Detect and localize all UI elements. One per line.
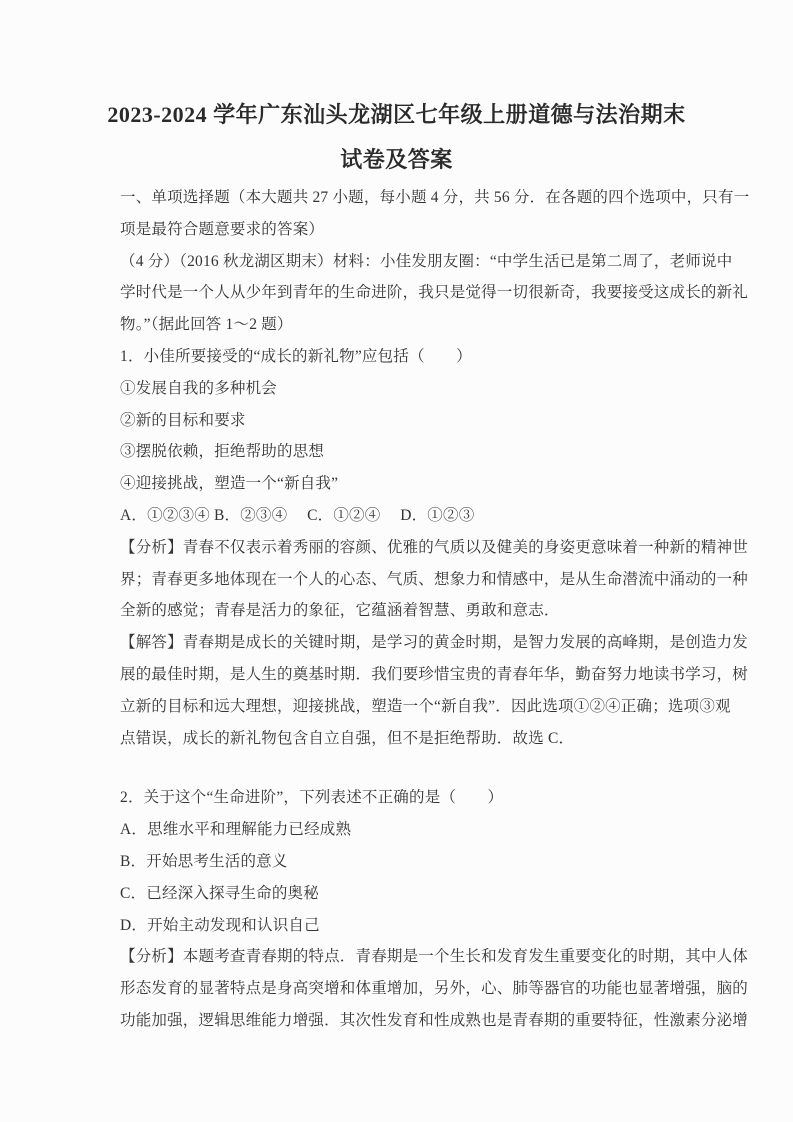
question2-option: B．开始思考生活的意义 xyxy=(120,846,680,878)
paragraph-gap xyxy=(120,754,680,782)
question1-options-line: A．①②③④ B．②③④ C．①②④ D．①②③ xyxy=(120,500,680,532)
question1-analysis-line: 全新的感觉；青春是活力的象征，它蕴涵着智慧、勇敢和意志． xyxy=(120,595,680,627)
question1-list-item: ④迎接挑战，塑造一个“新自我” xyxy=(120,468,680,500)
question2-option: C．已经深入探寻生命的奥秘 xyxy=(120,878,680,910)
material-line: 学时代是一个人从少年到青年的生命进阶，我只是觉得一切很新奇，我要接受这成长的新礼 xyxy=(120,277,680,309)
document-page: 2023-2024 学年广东汕头龙湖区七年级上册道德与法治期末 试卷及答案 一、… xyxy=(0,0,793,1122)
document-title: 2023-2024 学年广东汕头龙湖区七年级上册道德与法治期末 试卷及答案 xyxy=(0,0,793,182)
section-header-line: 一、单项选择题（本大题共 27 小题，每小题 4 分，共 56 分．在各题的四个… xyxy=(120,182,680,214)
question1-analysis-line: 界；青春更多地体现在一个人的心态、气质、想象力和情感中，是从生命潜流中涌动的一种 xyxy=(120,564,680,596)
section-header-line: 项是最符合题意要求的答案） xyxy=(120,214,680,246)
question1-answer-line: 展的最佳时期，是人生的奠基时期．我们要珍惜宝贵的青春年华，勤奋努力地读书学习，树 xyxy=(120,659,680,691)
material-line: （4 分）（2016 秋龙湖区期末）材料：小佳发朋友圈：“中学生活已是第二周了，… xyxy=(120,246,680,278)
question1-analysis-line: 【分析】青春不仅表示着秀丽的容颜、优雅的气质以及健美的身姿更意味着一种新的精神世 xyxy=(120,532,680,564)
question2-option: D．开始主动发现和认识自己 xyxy=(120,910,680,942)
question2-stem: 2．关于这个“生命进阶”，下列表述不正确的是（ ） xyxy=(120,782,680,814)
title-line-1: 2023-2024 学年广东汕头龙湖区七年级上册道德与法治期末 xyxy=(0,92,793,137)
question2-analysis-line: 【分析】本题考查青春期的特点．青春期是一个生长和发育发生重要变化的时期，其中人体 xyxy=(120,941,680,973)
question1-answer-line: 点错误，成长的新礼物包含自立自强，但不是拒绝帮助．故选 C． xyxy=(120,723,680,755)
question1-answer-line: 立新的目标和远大理想，迎接挑战，塑造一个“新自我”．因此选项①②④正确；选项③观 xyxy=(120,691,680,723)
question1-list-item: ③摆脱依赖，拒绝帮助的思想 xyxy=(120,436,680,468)
question1-list-item: ②新的目标和要求 xyxy=(120,405,680,437)
question1-stem: 1．小佳所要接受的“成长的新礼物”应包括（ ） xyxy=(120,341,680,373)
question1-answer-line: 【解答】青春期是成长的关键时期，是学习的黄金时期，是智力发展的高峰期，是创造力发 xyxy=(120,627,680,659)
question2-analysis-line: 功能加强，逻辑思维能力增强．其次性发育和性成熟也是青春期的重要特征，性激素分泌增 xyxy=(120,1005,680,1037)
document-body: 一、单项选择题（本大题共 27 小题，每小题 4 分，共 56 分．在各题的四个… xyxy=(120,182,680,1037)
question1-list-item: ①发展自我的多种机会 xyxy=(120,373,680,405)
question2-analysis-line: 形态发育的显著特点是身高突增和体重增加，另外，心、肺等器官的功能也显著增强，脑的 xyxy=(120,973,680,1005)
title-line-2: 试卷及答案 xyxy=(0,137,793,182)
material-line: 物。”（据此回答 1～2 题） xyxy=(120,309,680,341)
question2-option: A．思维水平和理解能力已经成熟 xyxy=(120,814,680,846)
